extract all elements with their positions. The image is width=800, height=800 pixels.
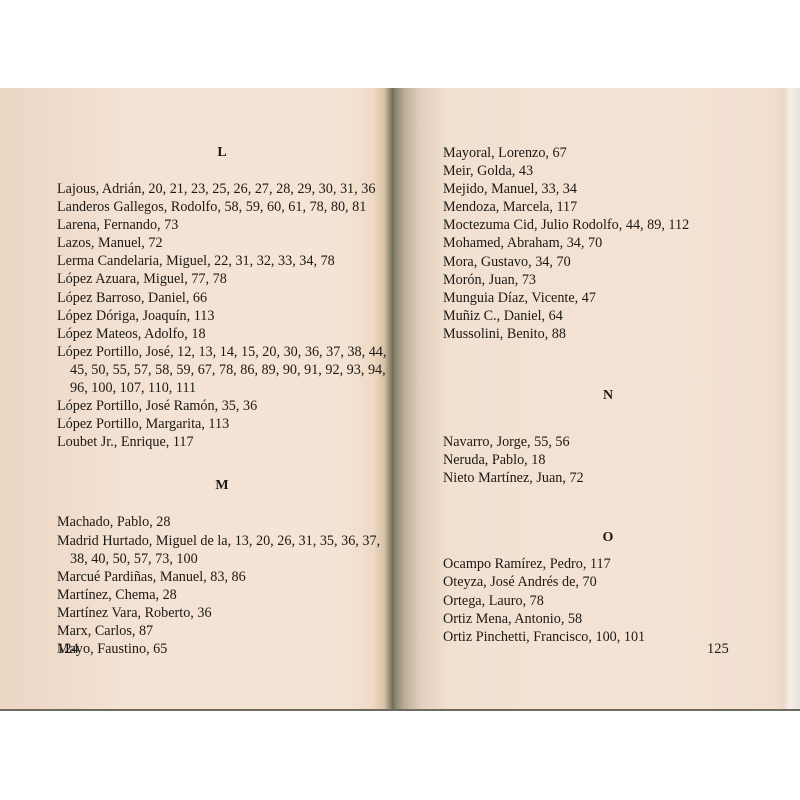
index-entry: López Dóriga, Joaquín, 113 bbox=[57, 307, 387, 325]
index-entry: Mendoza, Marcela, 117 bbox=[443, 198, 773, 216]
index-entry: Marx, Carlos, 87 bbox=[57, 622, 387, 640]
index-entry: Landeros Gallegos, Rodolfo, 58, 59, 60, … bbox=[57, 198, 387, 216]
index-entry: Muñiz C., Daniel, 64 bbox=[443, 307, 773, 325]
index-entry: López Portillo, José, 12, 13, 14, 15, 20… bbox=[57, 343, 387, 397]
index-entry: Larena, Fernando, 73 bbox=[57, 216, 387, 234]
section-letter-m: M bbox=[57, 477, 387, 513]
index-entry: Mayoral, Lorenzo, 67 bbox=[443, 144, 773, 162]
index-entry: Oteyza, José Andrés de, 70 bbox=[443, 573, 773, 591]
index-entry: Loubet Jr., Enrique, 117 bbox=[57, 433, 387, 451]
index-entry: Marcué Pardiñas, Manuel, 83, 86 bbox=[57, 568, 387, 586]
index-entry: Lajous, Adrián, 20, 21, 23, 25, 26, 27, … bbox=[57, 180, 387, 198]
section-letter-n: N bbox=[443, 387, 773, 433]
index-entry: López Barroso, Daniel, 66 bbox=[57, 289, 387, 307]
index-entry: Nieto Martínez, Juan, 72 bbox=[443, 469, 773, 487]
index-entry: Martínez, Chema, 28 bbox=[57, 586, 387, 604]
page-number-right: 125 bbox=[707, 641, 729, 658]
section-n-entries: Navarro, Jorge, 55, 56Neruda, Pablo, 18N… bbox=[443, 433, 773, 487]
section-l-entries: Lajous, Adrián, 20, 21, 23, 25, 26, 27, … bbox=[57, 180, 387, 451]
right-page: Mayoral, Lorenzo, 67Meir, Golda, 43Mejid… bbox=[392, 88, 800, 711]
right-index-column: Mayoral, Lorenzo, 67Meir, Golda, 43Mejid… bbox=[443, 144, 773, 646]
index-entry: Mussolini, Benito, 88 bbox=[443, 325, 773, 343]
page-bottom-edge bbox=[0, 709, 800, 711]
index-entry: Lerma Candelaria, Miguel, 22, 31, 32, 33… bbox=[57, 252, 387, 270]
index-entry: Mejido, Manuel, 33, 34 bbox=[443, 180, 773, 198]
index-entry: Martínez Vara, Roberto, 36 bbox=[57, 604, 387, 622]
open-book: L Lajous, Adrián, 20, 21, 23, 25, 26, 27… bbox=[0, 88, 800, 711]
index-entry: Neruda, Pablo, 18 bbox=[443, 451, 773, 469]
page-number-left: 124 bbox=[57, 641, 79, 658]
index-entry: López Azuara, Miguel, 77, 78 bbox=[57, 270, 387, 288]
index-entry: Lazos, Manuel, 72 bbox=[57, 234, 387, 252]
index-entry: Ocampo Ramírez, Pedro, 117 bbox=[443, 555, 773, 573]
index-entry: López Portillo, José Ramón, 35, 36 bbox=[57, 397, 387, 415]
section-letter-l: L bbox=[57, 144, 387, 180]
index-entry: Meir, Golda, 43 bbox=[443, 162, 773, 180]
index-entry: Morón, Juan, 73 bbox=[443, 271, 773, 289]
index-entry: Munguia Díaz, Vicente, 47 bbox=[443, 289, 773, 307]
index-entry: Navarro, Jorge, 55, 56 bbox=[443, 433, 773, 451]
section-letter-o: O bbox=[443, 529, 773, 555]
index-entry: Machado, Pablo, 28 bbox=[57, 513, 387, 531]
left-page: L Lajous, Adrián, 20, 21, 23, 25, 26, 27… bbox=[0, 88, 392, 711]
index-entry: Mohamed, Abraham, 34, 70 bbox=[443, 234, 773, 252]
index-entry: López Mateos, Adolfo, 18 bbox=[57, 325, 387, 343]
left-index-column: L Lajous, Adrián, 20, 21, 23, 25, 26, 27… bbox=[57, 144, 387, 658]
index-entry: Moctezuma Cid, Julio Rodolfo, 44, 89, 11… bbox=[443, 216, 773, 234]
index-entry: Madrid Hurtado, Miguel de la, 13, 20, 26… bbox=[57, 532, 387, 568]
section-o-entries: Ocampo Ramírez, Pedro, 117Oteyza, José A… bbox=[443, 555, 773, 645]
index-entry: Ortiz Mena, Antonio, 58 bbox=[443, 610, 773, 628]
index-entry: Mora, Gustavo, 34, 70 bbox=[443, 253, 773, 271]
index-entry: López Portillo, Margarita, 113 bbox=[57, 415, 387, 433]
section-m-continued-entries: Mayoral, Lorenzo, 67Meir, Golda, 43Mejid… bbox=[443, 144, 773, 343]
index-entry: Ortega, Lauro, 78 bbox=[443, 592, 773, 610]
section-m-entries: Machado, Pablo, 28Madrid Hurtado, Miguel… bbox=[57, 513, 387, 658]
index-entry: Mayo, Faustino, 65 bbox=[57, 640, 387, 658]
